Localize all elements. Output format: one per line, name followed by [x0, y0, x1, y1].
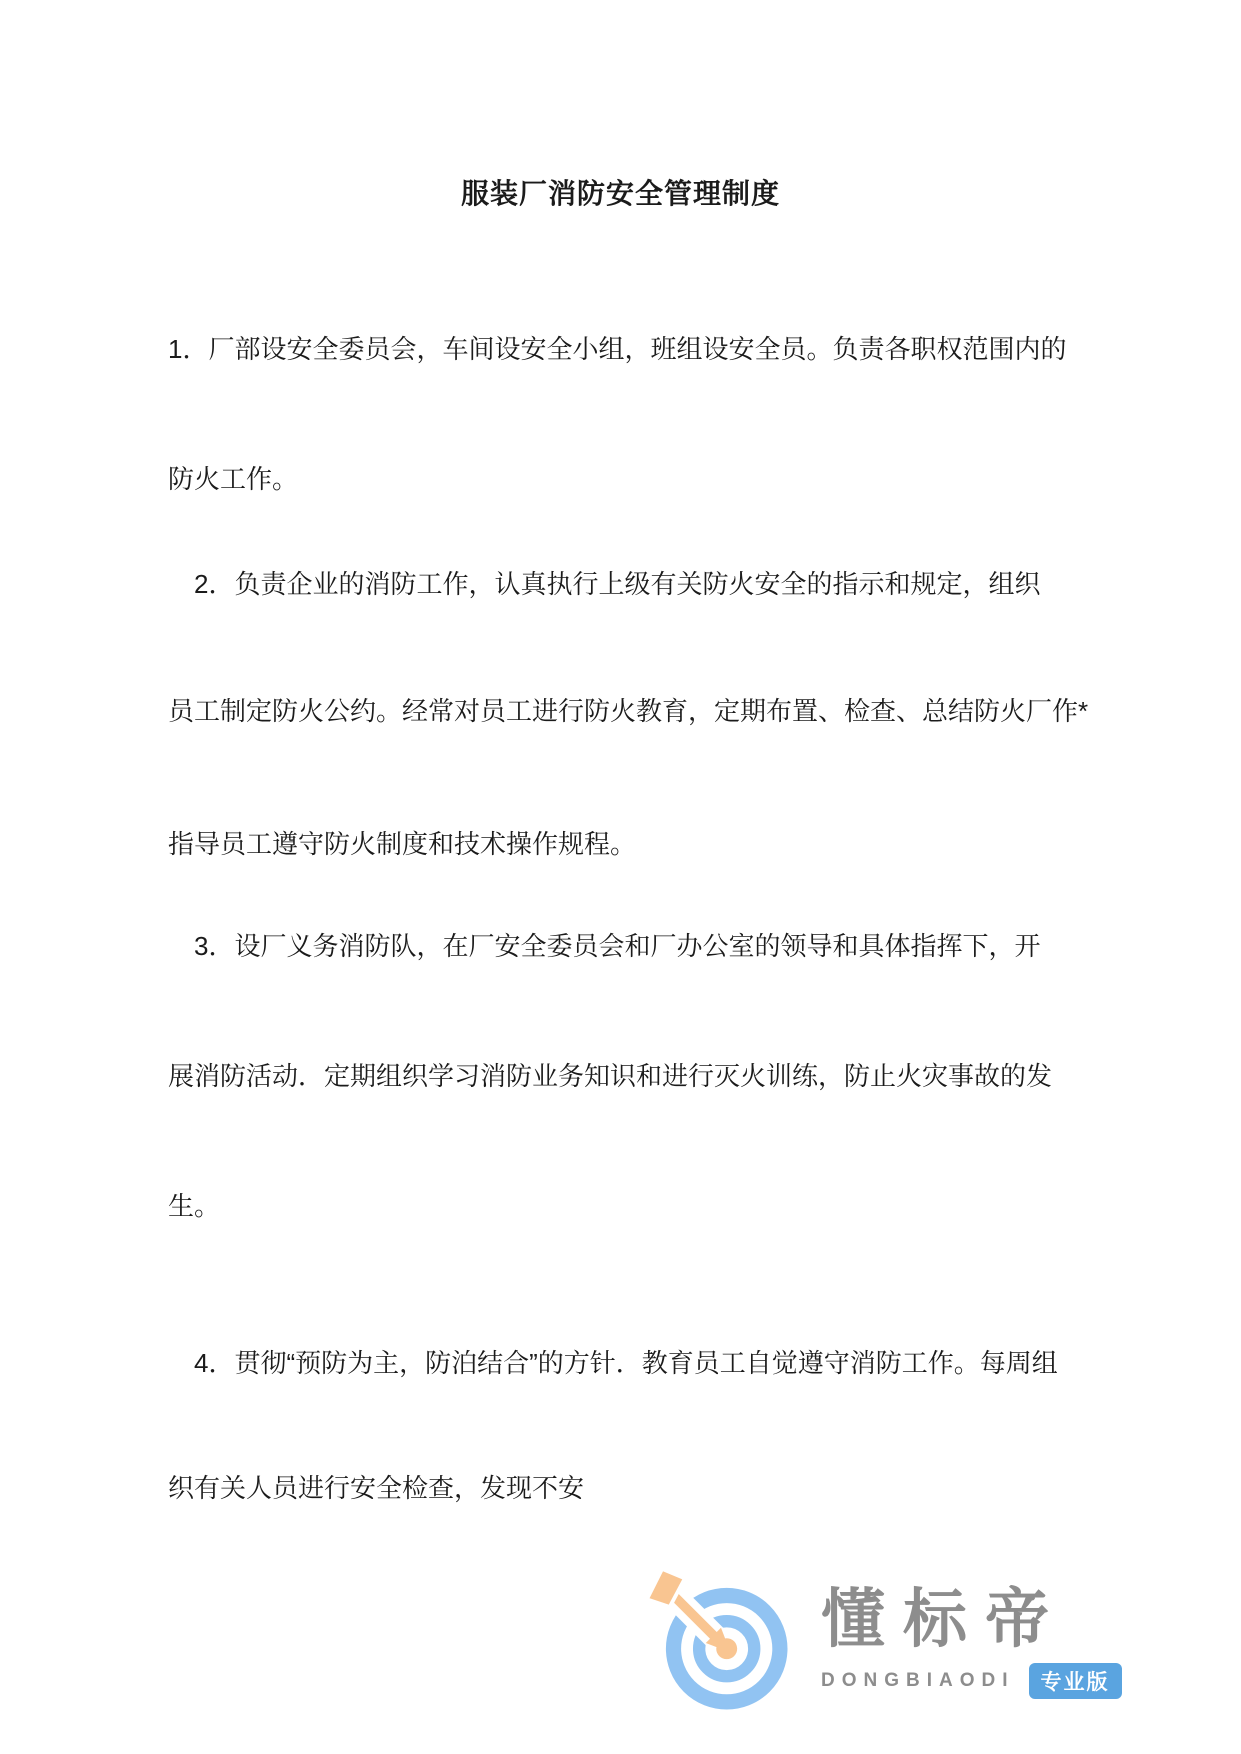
document-page: 服装厂消防安全管理制度 1．厂部设安全委员会，车间设安全小组，班组设安全员。负责… [0, 0, 1241, 1754]
document-line: 员工制定防火公约。经常对员工进行防火教育，定期布置、检查、总结防火厂作* [168, 694, 1128, 728]
document-line: 4．贯彻“预防为主，防泊结合”的方针．教育员工自觉遵守消防工作。每周组 [168, 1346, 1128, 1380]
document-line: 指导员工遵守防火制度和技术操作规程。 [168, 827, 1128, 861]
watermark-text: 懂标帝 DONGBIAODI 专业版 [821, 1587, 1122, 1699]
watermark-subrow: DONGBIAODI 专业版 [821, 1663, 1122, 1699]
document-line: 生。 [168, 1189, 1128, 1223]
document-line: 防火工作。 [168, 462, 1128, 496]
document-line: 展消防活动．定期组织学习消防业务知识和进行灭火训练，防止火灾事故的发 [168, 1059, 1128, 1093]
document-line: 3．设厂义务消防队，在厂安全委员会和厂办公室的领导和具体指挥下，开 [168, 929, 1128, 963]
document-line: 织有关人员进行安全检查，发现不安 [168, 1471, 1128, 1505]
document-title: 服装厂消防安全管理制度 [168, 172, 1073, 212]
brand-name-cn: 懂标帝 [821, 1587, 1122, 1651]
pro-version-badge: 专业版 [1029, 1663, 1122, 1699]
watermark: 懂标帝 DONGBIAODI 专业版 [645, 1558, 1125, 1728]
brand-name-en: DONGBIAODI [821, 1670, 1015, 1692]
target-arrow-logo-icon [645, 1567, 797, 1719]
document-line: 2．负责企业的消防工作，认真执行上级有关防火安全的指示和规定，组织 [168, 567, 1128, 601]
document-line: 1．厂部设安全委员会，车间设安全小组，班组设安全员。负责各职权范围内的 [168, 332, 1128, 366]
